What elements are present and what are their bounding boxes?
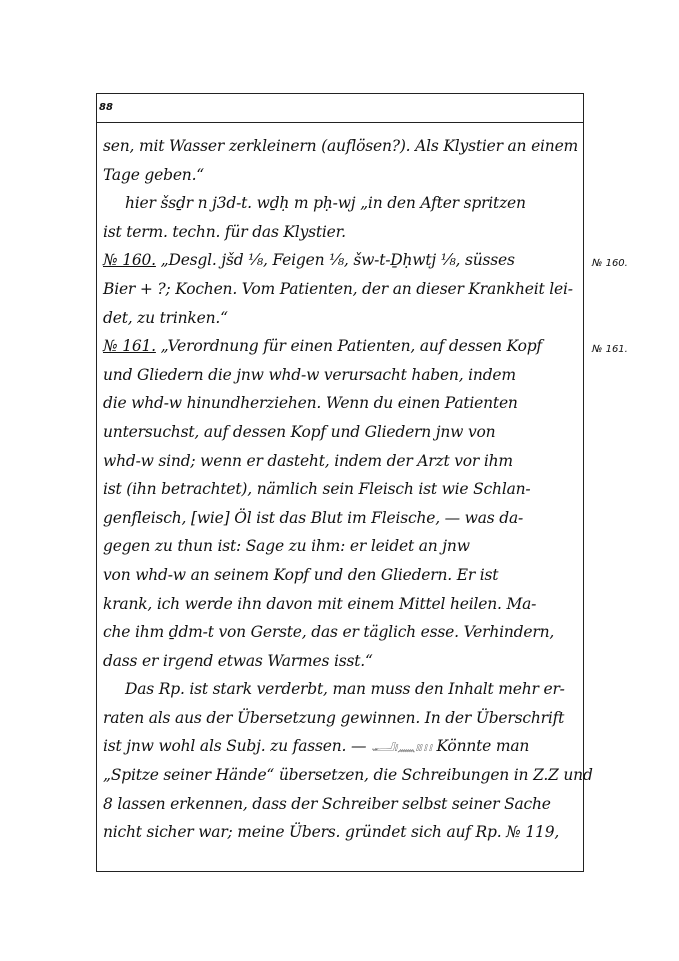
line-text: che ihm ḏdm-t von Gerste, das er täglich… [103, 623, 554, 641]
text-line: „Spitze seiner Hände“ übersetzen, die Sc… [103, 761, 581, 790]
page-number: 88 [99, 102, 113, 113]
text-line: ist jnw wohl als Subj. zu fassen. — 𓂝𓏤𓈖𓏤… [103, 732, 581, 761]
text-line: Bier + ?; Kochen. Vom Patienten, der an … [103, 275, 581, 304]
text-line: Das Rp. ist stark verderbt, man muss den… [103, 675, 581, 704]
line-text: raten als aus der Übersetzung gewinnen. … [103, 709, 564, 727]
line-text: ist term. techn. für das Klystier. [103, 223, 346, 241]
text-line: gegen zu thun ist: Sage zu ihm: er leide… [103, 532, 581, 561]
line-text: nicht sicher war; meine Übers. gründet s… [103, 823, 559, 841]
text-line: 8 lassen erkennen, dass der Schreiber se… [103, 790, 581, 819]
line-text: krank, ich werde ihn davon mit einem Mit… [103, 595, 536, 613]
line-text: Das Rp. ist stark verderbt, man muss den… [125, 680, 565, 698]
line-text: die whd-w hinundherziehen. Wenn du einen… [103, 394, 518, 412]
line-text: dass er irgend etwas Warmes isst.“ [103, 652, 373, 670]
text-line: sen, mit Wasser zerkleinern (auflösen?).… [103, 132, 581, 161]
line-text: sen, mit Wasser zerkleinern (auflösen?).… [103, 137, 578, 155]
margin-recipe-number: № 161. [592, 344, 628, 355]
margin-recipe-number: № 160. [592, 258, 628, 269]
line-text: ist jnw wohl als Subj. zu fassen. — 𓂝𓏤𓈖𓏤… [103, 737, 529, 755]
text-line: die whd-w hinundherziehen. Wenn du einen… [103, 389, 581, 418]
text-line: whd-w sind; wenn er dasteht, indem der A… [103, 447, 581, 476]
text-line: nicht sicher war; meine Übers. gründet s… [103, 818, 581, 847]
text-line: genfleisch, [wie] Öl ist das Blut im Fle… [103, 504, 581, 533]
text-line: ist term. techn. für das Klystier. [103, 218, 581, 247]
line-text: „Verordnung für einen Patienten, auf des… [156, 337, 542, 355]
text-line: untersuchst, auf dessen Kopf und Glieder… [103, 418, 581, 447]
line-text: ist (ihn betrachtet), nämlich sein Fleis… [103, 480, 530, 498]
text-line: det, zu trinken.“ [103, 304, 581, 333]
line-text: hier šsḏr n j3d-t. wḏḥ m pḥ-wj „in den A… [125, 194, 526, 212]
line-text: „Desgl. jšd ⅛, Feigen ⅛, šw-t-Ḏḥwtj ⅛, s… [156, 251, 515, 269]
line-text: und Gliedern die jnw whd-w verursacht ha… [103, 366, 516, 384]
line-text: whd-w sind; wenn er dasteht, indem der A… [103, 452, 513, 470]
page-header: 88 [97, 94, 583, 123]
line-text: „Spitze seiner Hände“ übersetzen, die Sc… [103, 766, 593, 784]
recipe-number: № 160. [103, 251, 156, 269]
line-text: 8 lassen erkennen, dass der Schreiber se… [103, 795, 551, 813]
text-line: krank, ich werde ihn davon mit einem Mit… [103, 590, 581, 619]
text-line: und Gliedern die jnw whd-w verursacht ha… [103, 361, 581, 390]
text-line: № 161. „Verordnung für einen Patienten, … [103, 332, 581, 361]
text-line: raten als aus der Übersetzung gewinnen. … [103, 704, 581, 733]
line-text: Tage geben.“ [103, 166, 204, 184]
text-line: von whd-w an seinem Kopf und den Glieder… [103, 561, 581, 590]
line-text: genfleisch, [wie] Öl ist das Blut im Fle… [103, 509, 523, 527]
line-text: von whd-w an seinem Kopf und den Glieder… [103, 566, 498, 584]
line-text: Bier + ?; Kochen. Vom Patienten, der an … [103, 280, 573, 298]
manuscript-body: sen, mit Wasser zerkleinern (auflösen?).… [103, 132, 581, 847]
recipe-number: № 161. [103, 337, 156, 355]
line-text: det, zu trinken.“ [103, 309, 228, 327]
text-line: hier šsḏr n j3d-t. wḏḥ m pḥ-wj „in den A… [103, 189, 581, 218]
text-line: Tage geben.“ [103, 161, 581, 190]
line-text: untersuchst, auf dessen Kopf und Glieder… [103, 423, 495, 441]
text-line: ist (ihn betrachtet), nämlich sein Fleis… [103, 475, 581, 504]
text-line: che ihm ḏdm-t von Gerste, das er täglich… [103, 618, 581, 647]
page-frame: 88 sen, mit Wasser zerkleinern (auflösen… [96, 93, 584, 872]
line-text: gegen zu thun ist: Sage zu ihm: er leide… [103, 537, 470, 555]
text-line: № 160. „Desgl. jšd ⅛, Feigen ⅛, šw-t-Ḏḥw… [103, 246, 581, 275]
text-line: dass er irgend etwas Warmes isst.“ [103, 647, 581, 676]
